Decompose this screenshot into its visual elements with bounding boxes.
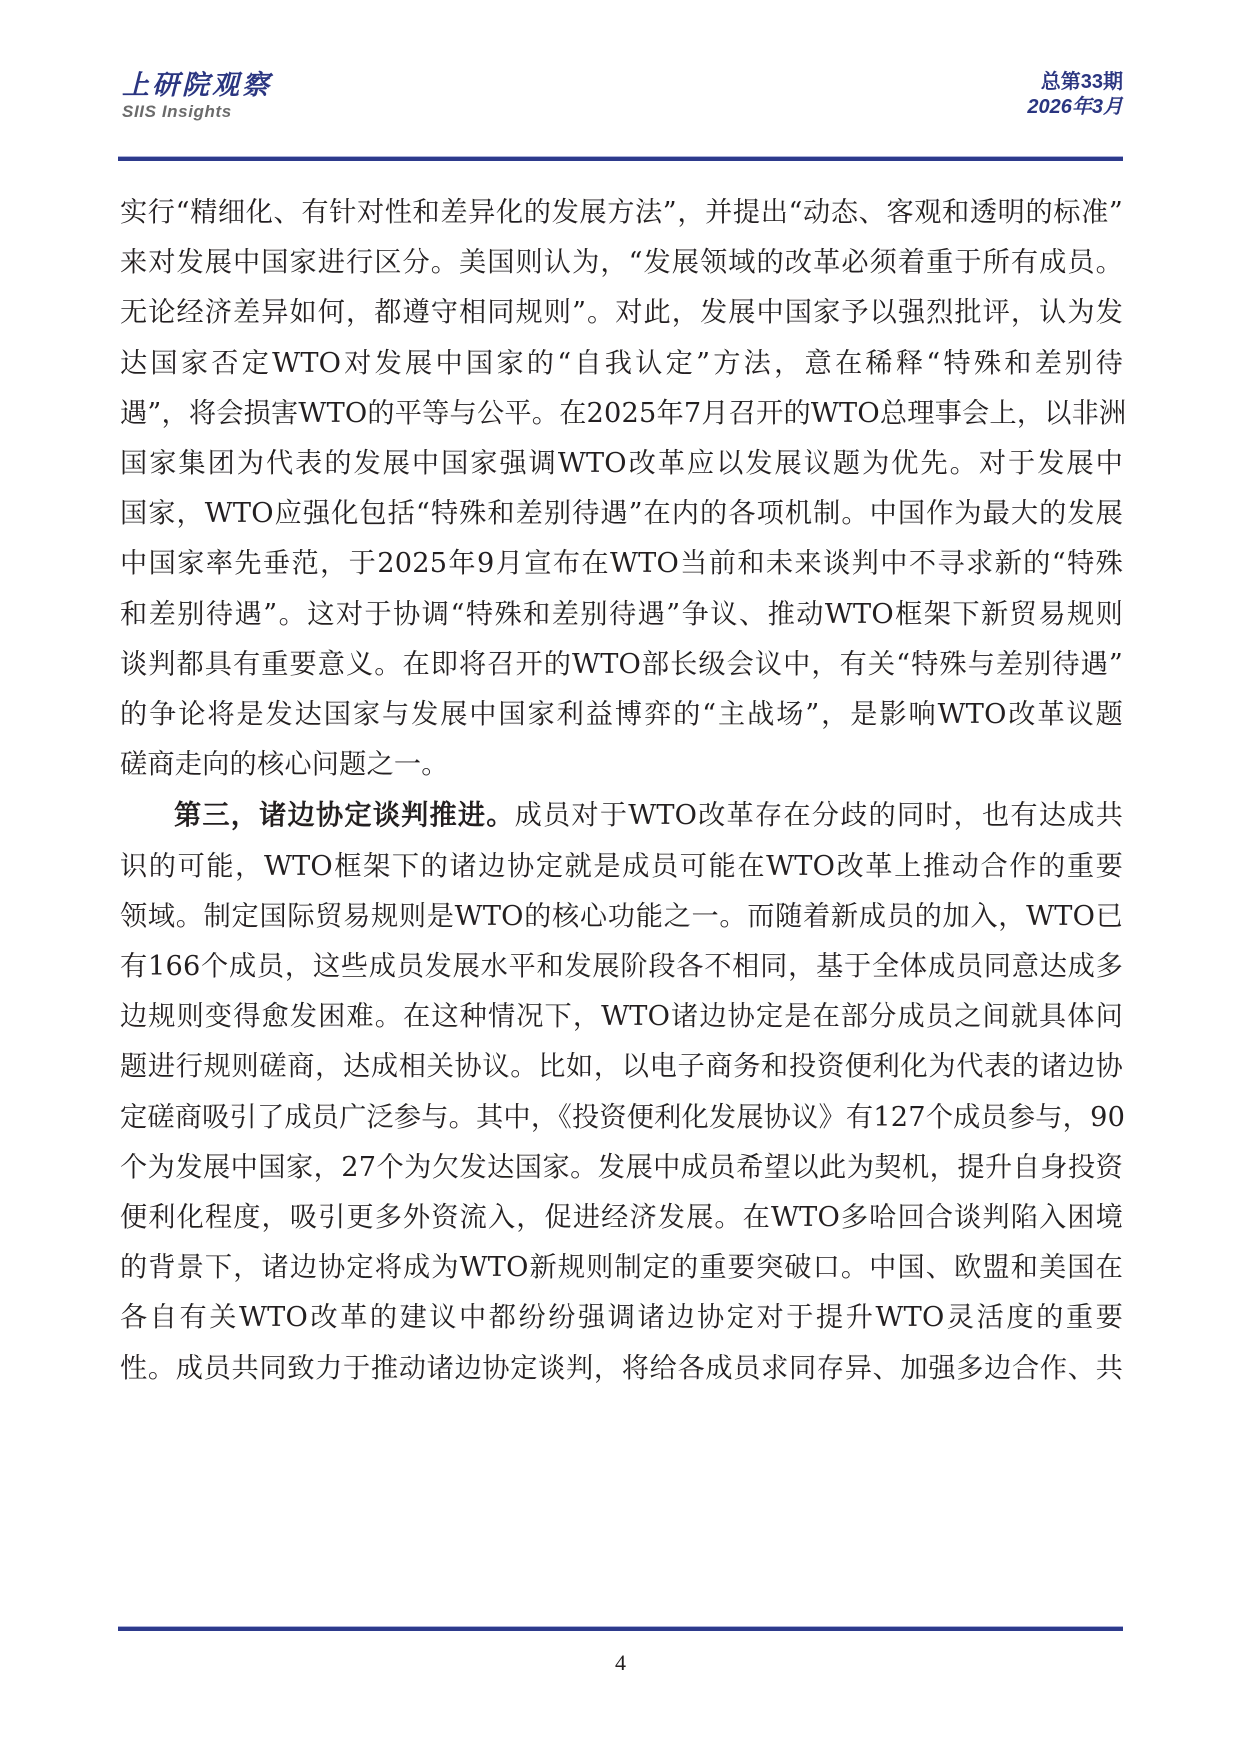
text-line: 磋商走向的核心问题之一。 bbox=[120, 740, 1123, 790]
text-line: 国家集团为代表的发展中国家强调WTO改革应以发展议题为优先。对于发展中 bbox=[120, 439, 1123, 489]
paragraph-plurilateral-negotiations: 第三，诸边协定谈判推进。成员对于WTO改革存在分歧的同时，也有达成共 识的可能，… bbox=[120, 790, 1123, 1393]
text-line: 领域。制定国际贸易规则是WTO的核心功能之一。而随着新成员的加入，WTO已 bbox=[120, 892, 1123, 942]
text-line: 个为发展中国家，27个为欠发达国家。发展中成员希望以此为契机，提升自身投资 bbox=[120, 1143, 1123, 1193]
text-line: 性。成员共同致力于推动诸边协定谈判，将给各成员求同存异、加强多边合作、共 bbox=[120, 1344, 1123, 1394]
text-line: 的争论将是发达国家与发展中国家利益博弈的“主战场”，是影响WTO改革议题 bbox=[120, 690, 1123, 740]
text-line: 国家，WTO应强化包括“特殊和差别待遇”在内的各项机制。中国作为最大的发展 bbox=[120, 489, 1123, 539]
text-line: 题进行规则磋商，达成相关协议。比如，以电子商务和投资便利化为代表的诸边协 bbox=[120, 1042, 1123, 1092]
text-line: 达国家否定WTO对发展中国家的“自我认定”方法，意在稀释“特殊和差别待 bbox=[120, 339, 1123, 389]
text-line: 的背景下，诸边协定将成为WTO新规则制定的重要突破口。中国、欧盟和美国在 bbox=[120, 1243, 1123, 1293]
text-line: 遇”，将会损害WTO的平等与公平。在2025年7月召开的WTO总理事会上，以非洲 bbox=[120, 389, 1123, 439]
text-line: 实行“精细化、有针对性和差异化的发展方法”，并提出“动态、客观和透明的标准” bbox=[120, 188, 1123, 238]
issue-date: 2026年3月 bbox=[1027, 95, 1123, 120]
text-line: 中国家率先垂范，于2025年9月宣布在WTO当前和未来谈判中不寻求新的“特殊 bbox=[120, 539, 1123, 589]
page-number: 4 bbox=[0, 1650, 1241, 1676]
issue-info: 总第33期 2026年3月 bbox=[1027, 70, 1123, 120]
text-line: 无论经济差异如何，都遵守相同规则”。对此，发展中国家予以强烈批评，认为发 bbox=[120, 288, 1123, 338]
text-line: 边规则变得愈发困难。在这种情况下，WTO诸边协定是在部分成员之间就具体问 bbox=[120, 992, 1123, 1042]
text-line: 各自有关WTO改革的建议中都纷纷强调诸边协定对于提升WTO灵活度的重要 bbox=[120, 1293, 1123, 1343]
brand-title-cn: 上研院观察 bbox=[122, 70, 272, 102]
text-line: 有166个成员，这些成员发展水平和发展阶段各不相同，基于全体成员同意达成多 bbox=[120, 942, 1123, 992]
text-line: 识的可能，WTO框架下的诸边协定就是成员可能在WTO改革上推动合作的重要 bbox=[120, 842, 1123, 892]
issue-number: 总第33期 bbox=[1027, 70, 1123, 95]
footer-divider bbox=[118, 1627, 1123, 1631]
text-line: 便利化程度，吸引更多外资流入，促进经济发展。在WTO多哈回合谈判陷入困境 bbox=[120, 1193, 1123, 1243]
text-line-first: 第三，诸边协定谈判推进。成员对于WTO改革存在分歧的同时，也有达成共 bbox=[120, 790, 1123, 841]
publication-brand: 上研院观察 SIIS Insights bbox=[118, 70, 272, 122]
section-lead-heading: 第三，诸边协定谈判推进。 bbox=[174, 799, 515, 831]
paragraph-special-differential-treatment: 实行“精细化、有针对性和差异化的发展方法”，并提出“动态、客观和透明的标准” 来… bbox=[120, 188, 1123, 790]
article-body: 实行“精细化、有针对性和差异化的发展方法”，并提出“动态、客观和透明的标准” 来… bbox=[120, 188, 1123, 1394]
page-header: 上研院观察 SIIS Insights 总第33期 2026年3月 bbox=[118, 70, 1123, 160]
text-line: 谈判都具有重要意义。在即将召开的WTO部长级会议中，有关“特殊与差别待遇” bbox=[120, 640, 1123, 690]
text-line: 定磋商吸引了成员广泛参与。其中，《投资便利化发展协议》有127个成员参与，90 bbox=[120, 1093, 1123, 1143]
brand-title-en: SIIS Insights bbox=[122, 102, 272, 122]
text-line: 来对发展中国家进行区分。美国则认为，“发展领域的改革必须着重于所有成员。 bbox=[120, 238, 1123, 288]
text-run: 成员对于WTO改革存在分歧的同时，也有达成共 bbox=[515, 800, 1123, 831]
header-divider bbox=[118, 157, 1123, 161]
text-line: 和差别待遇”。这对于协调“特殊和差别待遇”争议、推动WTO框架下新贸易规则 bbox=[120, 590, 1123, 640]
